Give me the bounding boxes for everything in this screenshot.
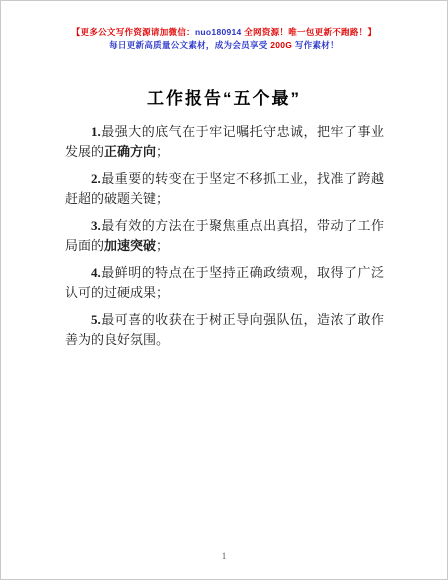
text-segment: 最重要的转变在于坚定不移抓工业，找准了跨越赶超的破题关键；: [65, 171, 384, 206]
text-segment: 2.: [91, 171, 101, 186]
text-segment: 【更多公文写作资源请加微信：: [72, 27, 195, 37]
text-segment: 最可喜的收获在于树正导向强队伍，造浓了敢作善为的良好氛围。: [65, 312, 384, 347]
text-segment: 写作素材！: [292, 40, 339, 50]
text-segment: 4.: [91, 265, 101, 280]
text-segment: ；: [156, 238, 169, 253]
text-segment: ；: [156, 144, 169, 159]
promo-header: 【更多公文写作资源请加微信：nuo180914 全网资源！唯一包更新不跑路！】 …: [1, 1, 447, 52]
promo-line-1: 【更多公文写作资源请加微信：nuo180914 全网资源！唯一包更新不跑路！】: [1, 26, 447, 39]
page-title: 工作报告“五个最”: [1, 84, 447, 109]
document-body: 1.最强大的底气在于牢记嘱托守忠诚，把牢了事业发展的正确方向；2.最重要的转变在…: [65, 122, 384, 350]
text-segment: 全网资源！唯一包更新不跑路！】: [242, 27, 377, 37]
page-number: 1: [1, 551, 447, 561]
text-segment: 每日更新高质量公文素材，成为会员享受: [109, 40, 270, 50]
promo-line-2: 每日更新高质量公文素材，成为会员享受 200G 写作素材！: [1, 39, 447, 52]
text-segment: 200G: [270, 40, 292, 50]
paragraph: 1.最强大的底气在于牢记嘱托守忠诚，把牢了事业发展的正确方向；: [65, 122, 384, 162]
text-segment: 5.: [91, 312, 101, 327]
text-segment: 3.: [91, 218, 101, 233]
paragraph: 5.最可喜的收获在于树正导向强队伍，造浓了敢作善为的良好氛围。: [65, 310, 384, 350]
text-segment: 加速突破: [104, 238, 156, 253]
paragraph: 4.最鲜明的特点在于坚持正确政绩观，取得了广泛认可的过硬成果；: [65, 263, 384, 303]
paragraph: 2.最重要的转变在于坚定不移抓工业，找准了跨越赶超的破题关键；: [65, 169, 384, 209]
text-segment: nuo180914: [195, 27, 242, 37]
text-segment: 正确方向: [104, 144, 156, 159]
text-segment: 最鲜明的特点在于坚持正确政绩观，取得了广泛认可的过硬成果；: [65, 265, 384, 300]
text-segment: 1.: [91, 124, 101, 139]
document-page: 【更多公文写作资源请加微信：nuo180914 全网资源！唯一包更新不跑路！】 …: [0, 0, 448, 580]
paragraph: 3.最有效的方法在于聚焦重点出真招，带动了工作局面的加速突破；: [65, 216, 384, 256]
